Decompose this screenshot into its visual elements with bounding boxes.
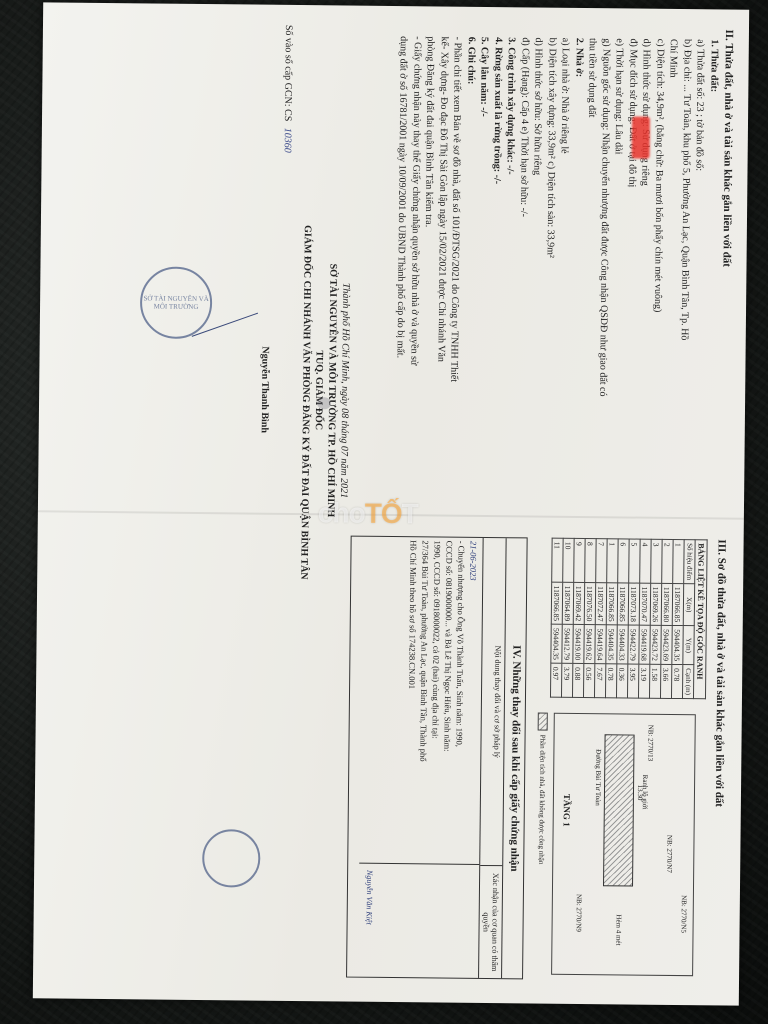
coordinate-cell: 1187064.89 — [562, 582, 573, 624]
coordinate-cell: 594404.35 — [551, 624, 562, 663]
coordinate-column-header: Số hiệu điểm — [684, 540, 695, 584]
registry-label: Số vào sổ cấp GCN: CS — [282, 25, 294, 122]
coordinate-cell: 1187069.26 — [650, 583, 661, 625]
coordinate-row: 11187066.85594404.350.78 — [671, 539, 684, 698]
coordinate-cell: 8 — [585, 539, 596, 583]
stain — [317, 397, 331, 409]
coordinate-table-block: BẢNG LIỆT KÊ TỌA ĐỘ GÓC RANH Số hiệu điể… — [550, 538, 708, 699]
coordinate-row: 31187069.26594423.721.58 — [649, 539, 662, 698]
alley-label: Hẻm 4 mét — [614, 914, 622, 945]
coordinate-cell: 1187072.47 — [595, 583, 606, 625]
coordinate-cell: 1187066.85 — [606, 583, 617, 625]
coordinate-cell: 0.56 — [583, 664, 594, 698]
neighbor-label: NB: 2770/13 — [646, 725, 654, 761]
coordinate-cell: 7 — [596, 539, 607, 583]
coordinate-cell: 594419.64 — [595, 625, 606, 664]
coordinate-cell: 1 — [673, 539, 684, 583]
coordinate-cell: 3.19 — [638, 664, 649, 698]
registry-value: 10360 — [282, 128, 293, 153]
coordinate-table-title: BẢNG LIỆT KÊ TỌA ĐỘ GÓC RANH — [694, 539, 708, 699]
chotot-watermark: choTỐT — [318, 497, 418, 530]
coordinate-cell: 594419.62 — [584, 625, 595, 664]
coordinate-cell: 594404.35 — [606, 625, 617, 664]
land-items: a) Thửa đất số: 23 ; tờ bản đồ số: b) Đị… — [581, 28, 707, 499]
section-ii-content: II. Thửa đất, nhà ở và tài sản khác gắn … — [80, 23, 735, 500]
coordinate-cell: 0.78 — [671, 665, 682, 699]
neighbor-label: NB: 2770/N5 — [680, 895, 688, 933]
coordinate-cell: 594412.79 — [562, 625, 573, 664]
coordinate-cell: 3.79 — [561, 663, 572, 697]
change-confirmation: Nguyễn Văn Kiệt — [358, 864, 479, 978]
coordinate-cell: 1187066.85 — [672, 583, 683, 625]
land-use-certificate-page: II. Thửa đất, nhà ở và tài sản khác gắn … — [33, 2, 749, 1005]
coordinate-column-header: Cạnh (m) — [682, 665, 693, 699]
changes-row: 21-06-2023 - Chuyển nhượng cho Ông Võ Th… — [358, 537, 484, 978]
coordinate-cell: 2 — [662, 539, 673, 583]
coordinate-cell: 1.58 — [649, 664, 660, 698]
hatch-legend-icon — [538, 713, 548, 731]
coordinate-column-header: Y(m) — [683, 626, 694, 665]
section-ii-title: II. Thửa đất, nhà ở và tài sản khác gắn … — [718, 29, 735, 499]
section-ii-half: II. Thửa đất, nhà ở và tài sản khác gắn … — [38, 2, 749, 507]
coordinate-row: 111187066.85594404.350.97 — [550, 538, 563, 697]
coordinate-cell: 1187073.18 — [628, 583, 639, 625]
coordinate-cell: 5 — [629, 539, 640, 583]
coordinate-cell: 6 — [618, 539, 629, 583]
coordinate-cell: 1187066.80 — [661, 583, 672, 625]
coordinate-row: 81187076.50594419.620.56 — [583, 539, 596, 698]
coordinate-cell: 594404.35 — [672, 626, 683, 665]
coordinate-row: 11187066.85594404.350.78 — [605, 539, 618, 698]
coordinate-cell: 0.36 — [616, 664, 627, 698]
floor-label: TẦNG 1 — [562, 794, 572, 827]
confirmer-signature: Nguyễn Văn Kiệt — [365, 870, 375, 925]
coordinate-row: 61187066.85594404.330.36 — [616, 539, 629, 698]
coordinate-cell: 0.97 — [550, 663, 561, 697]
redaction-mark — [632, 117, 650, 159]
coordinate-cell: 594422.79 — [628, 625, 639, 664]
change-content: 21-06-2023 - Chuyển nhượng cho Ông Võ Th… — [359, 537, 482, 865]
official-stamp: SỞ TÀI NGUYÊN VÀ MÔI TRƯỜNG — [140, 266, 213, 339]
other-items: 3. Công trình xây dựng khác: -/- 4. Rừng… — [460, 27, 519, 498]
column-header: Nội dung thay đổi và cơ sở pháp lý — [480, 538, 505, 866]
section-iv-title: IV. Những thay đổi sau khi cấp giấy chứn… — [504, 538, 527, 978]
coordinate-cell: 3 — [651, 539, 662, 583]
neighbor-label: NB: 2770/N7 — [665, 835, 673, 873]
section-iii-title: III. Sơ đồ thửa đất, nhà ở và tài sản kh… — [711, 539, 728, 999]
dimension-label: 13.30 — [636, 785, 644, 801]
changes-table-header: Nội dung thay đổi và cơ sở pháp lý Xác n… — [479, 538, 507, 978]
coordinate-row: 71187072.47594419.647.67 — [594, 539, 607, 698]
road-label: Đường Bùi Tư Toàn — [594, 749, 603, 806]
coordinate-cell: 1187066.85 — [617, 583, 628, 625]
coordinate-cell: 0.78 — [605, 664, 616, 698]
coordinate-cell: 594404.33 — [617, 625, 628, 664]
parcel-sketch: Đường Bùi Tư Toàn Hẻm 4 mét NB: 2770/N5 … — [551, 713, 696, 976]
coordinate-cell: 10 — [563, 538, 574, 582]
notes: - Phần chi tiết xem Bản vẽ sơ đồ nhà, đấ… — [392, 26, 464, 497]
section-iii-iv-half: III. Sơ đồ thửa đất, nhà ở và tài sản kh… — [33, 512, 744, 1017]
changes-table: IV. Những thay đổi sau khi cấp giấy chứn… — [346, 536, 528, 980]
coordinate-cell: 3.95 — [627, 664, 638, 698]
neighbor-label: NB: 2770/N9 — [575, 894, 583, 932]
column-header: Xác nhận của cơ quan có thẩm quyền — [479, 866, 502, 978]
coordinate-row: 101187064.89594412.793.79 — [561, 538, 574, 697]
coordinate-cell: 1187066.85 — [551, 582, 562, 624]
legend-text: Phần diện tích nhà, đất không được công … — [537, 735, 546, 865]
coordinate-cell: 1187069.42 — [573, 582, 584, 624]
section-iii-iv-content: III. Sơ đồ thửa đất, nhà ở và tài sản kh… — [73, 533, 728, 1000]
coordinate-cell: 9 — [574, 538, 585, 582]
coordinate-cell: 4 — [640, 539, 651, 583]
coordinate-cell: 594423.72 — [650, 626, 661, 665]
coordinate-cell: 7.67 — [594, 664, 605, 698]
coordinate-row: 41187070.47594419.683.19 — [638, 539, 651, 698]
house-items: a) Loại nhà ở: Nhà ở riêng lẻ b) Diện tí… — [514, 27, 573, 498]
legend: Phần diện tích nhà, đất không được công … — [536, 713, 548, 865]
coordinate-cell: 594419.68 — [639, 625, 650, 664]
coordinate-cell: 594419.00 — [573, 625, 584, 664]
coordinate-cell: 11 — [552, 538, 563, 582]
coordinate-cell: 0.88 — [572, 664, 583, 698]
parcel-outline — [603, 734, 635, 886]
coordinate-row: 91187069.42594419.000.88 — [572, 538, 585, 697]
coordinate-cell: 594423.69 — [661, 626, 672, 665]
coordinate-row: 51187073.18594422.793.95 — [627, 539, 640, 698]
coordinate-cell: 3.66 — [660, 665, 671, 699]
coordinate-cell: 1 — [607, 539, 618, 583]
coordinate-row: 21187066.80594423.693.66 — [660, 539, 673, 698]
coordinate-table: Số hiệu điểmX(m)Y(m)Cạnh (m) 11187066.85… — [550, 538, 696, 699]
coordinate-cell: 1187076.50 — [584, 582, 595, 624]
registry-number: Số vào sổ cấp GCN: CS 10360 — [280, 25, 295, 153]
coordinate-column-header: X(m) — [683, 584, 694, 626]
coordinate-cell: 1187070.47 — [639, 583, 650, 625]
transfer-stamp — [202, 829, 261, 888]
